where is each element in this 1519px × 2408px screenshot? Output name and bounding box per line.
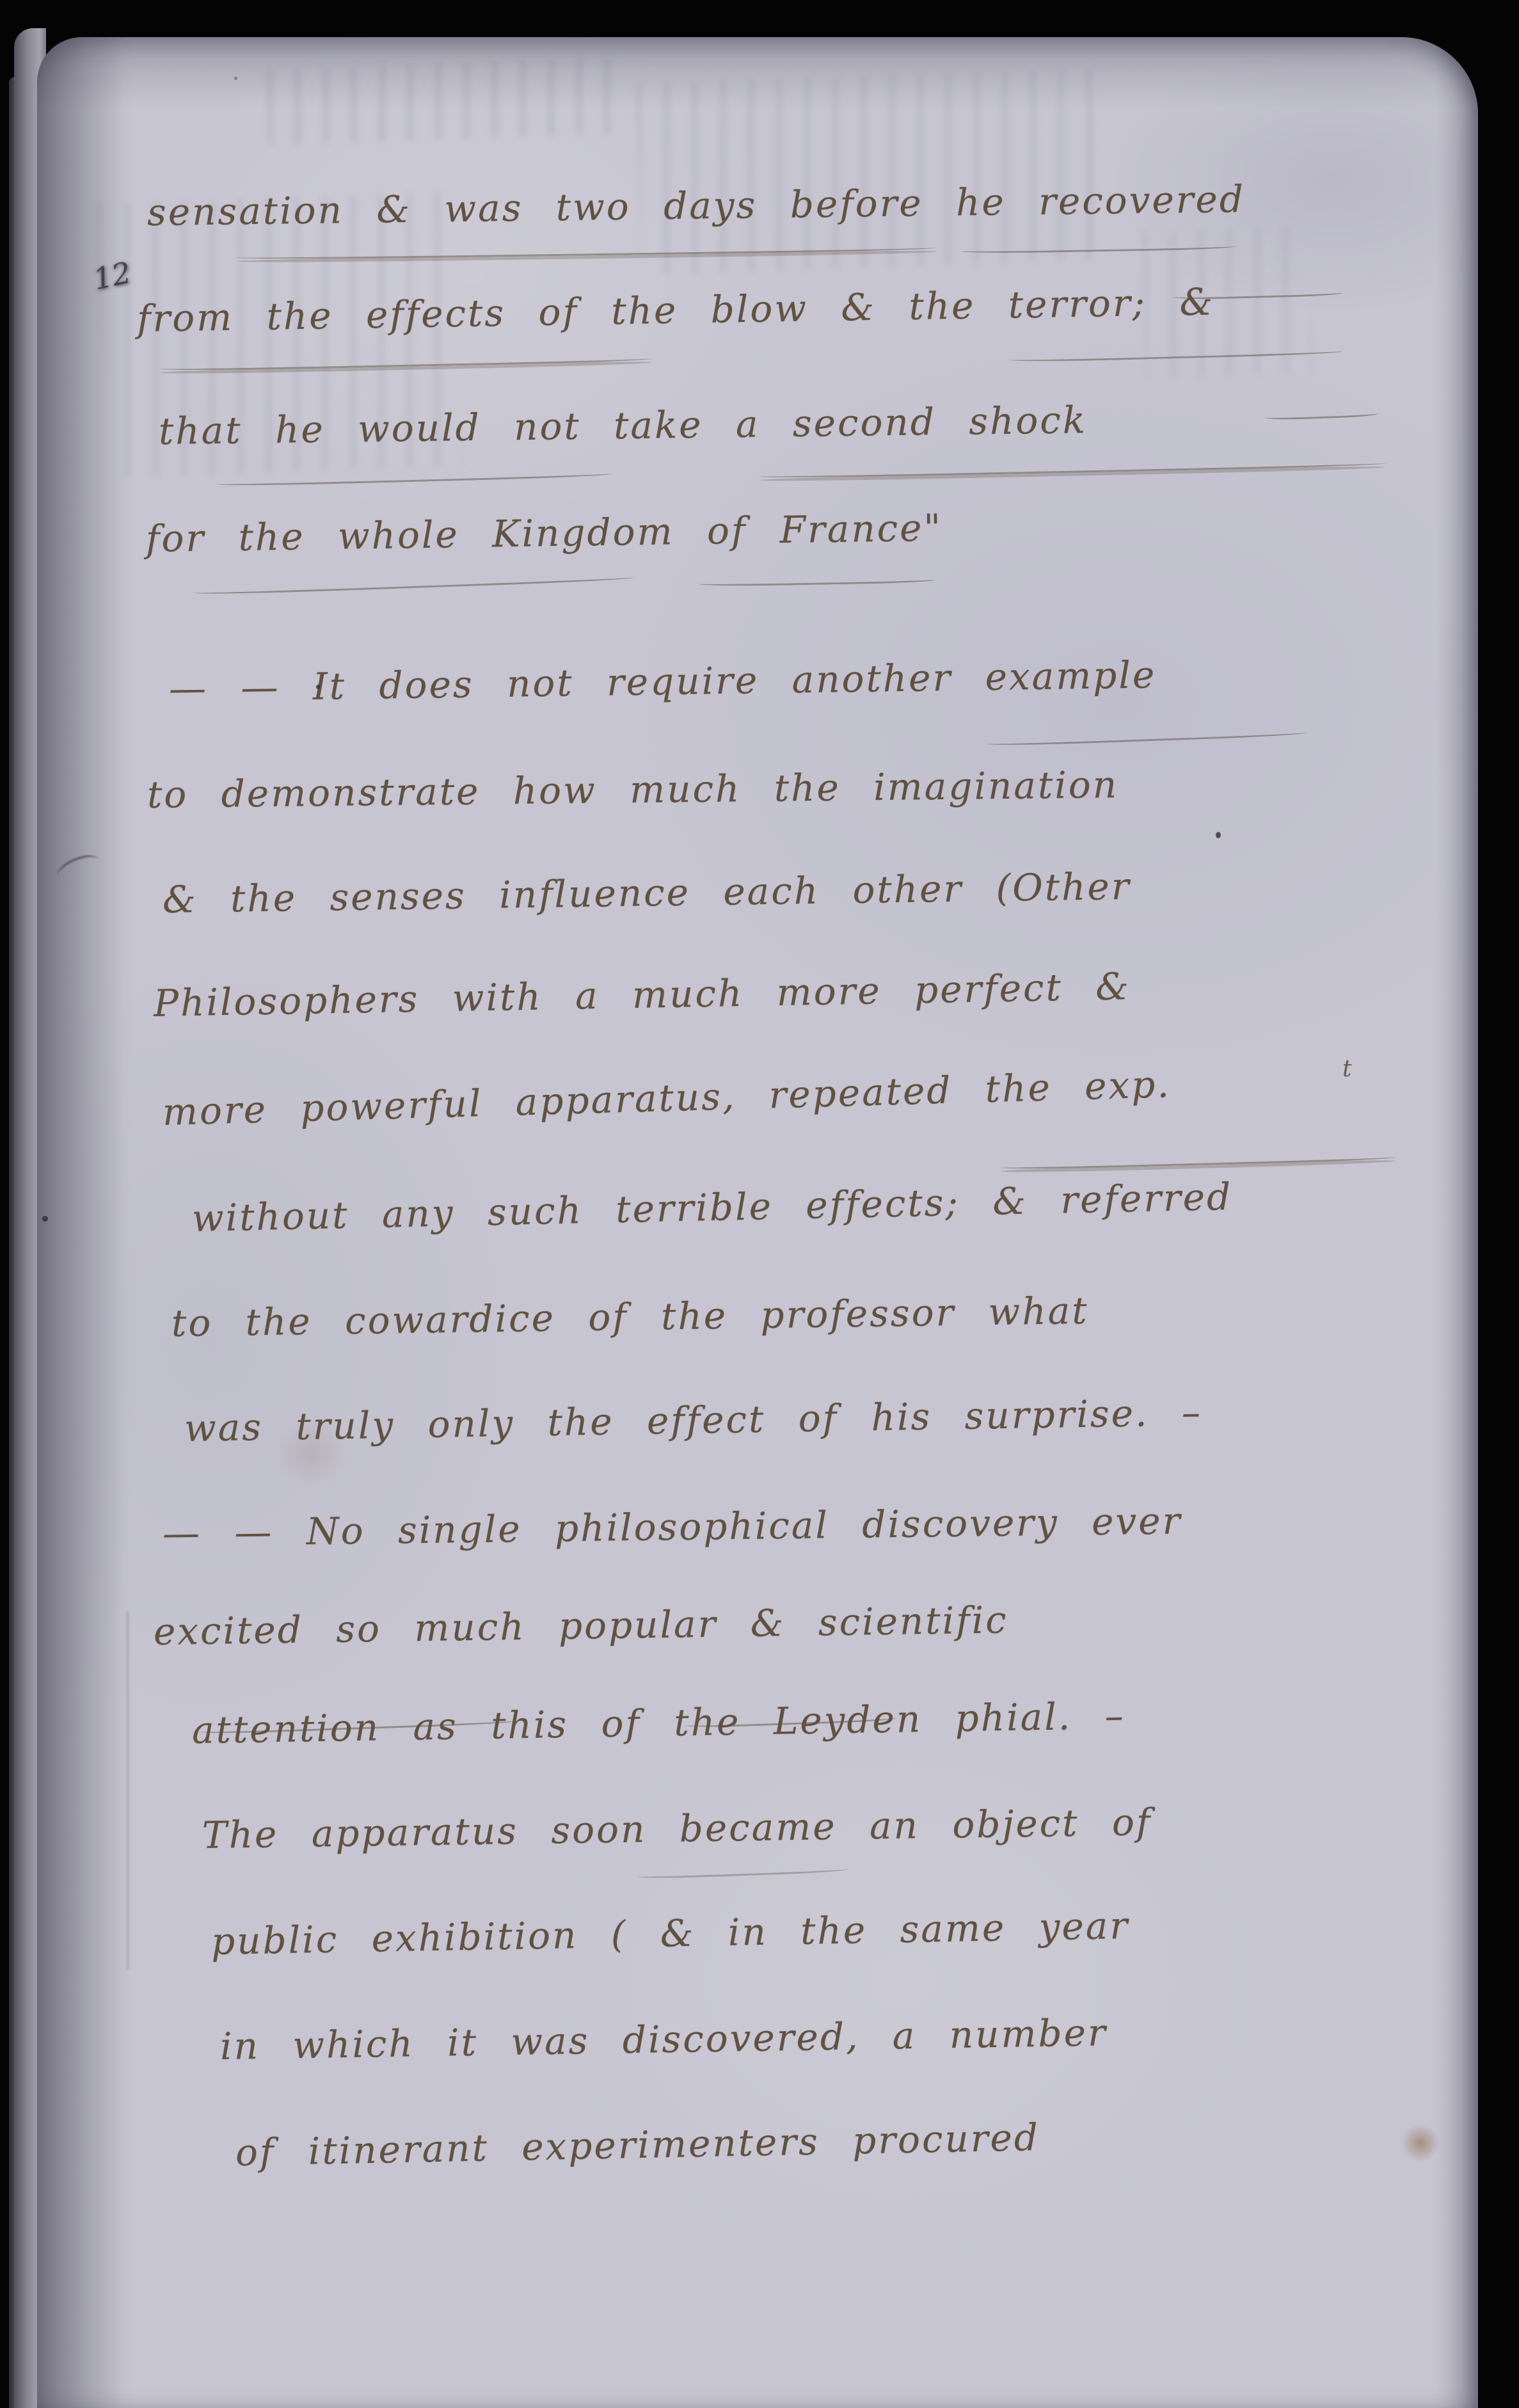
manuscript-line-6: to demonstrate how much the imagination	[147, 763, 1119, 817]
manuscript-line-17: public exhibition ( & in the same year	[211, 1904, 1129, 1963]
manuscript-line-14: excited so much popular & scientific	[154, 1598, 1009, 1654]
superscript-t: t	[1342, 1056, 1351, 1082]
manuscript-line-10: without any such terrible effects; & ref…	[191, 1175, 1232, 1240]
paper-stain	[1400, 2125, 1441, 2162]
pencil-underline	[1266, 411, 1378, 420]
manuscript-line-11: to the cowardice of the professor what	[171, 1289, 1089, 1345]
ink-bleedthrough	[266, 57, 614, 146]
ink-bleedthrough	[635, 68, 1102, 276]
pencil-underline	[987, 730, 1307, 747]
manuscript-line-16: The apparatus soon became an object of	[202, 1800, 1152, 1857]
manuscript-line-5: — — It does not require another example	[169, 653, 1157, 710]
ink-speck	[316, 685, 320, 689]
manuscript-line-7: & the senses influence each other (Other	[163, 865, 1131, 921]
paper-scratch	[127, 1611, 129, 1970]
manuscript-page: 12 sensation & was two days before he re…	[37, 37, 1478, 2408]
manuscript-line-19: of itinerant experimenters procured	[235, 2116, 1040, 2174]
manuscript-line-9: more powerful apparatus, repeated the ex…	[162, 1062, 1172, 1134]
manuscript-line-18: in which it was discovered, a number	[219, 2011, 1108, 2068]
manuscript-line-15: attention as this of the Leyden phial. –	[191, 1694, 1125, 1752]
ink-speck	[1216, 832, 1221, 838]
manuscript-line-8: Philosophers with a much more perfect &	[153, 964, 1131, 1025]
paper-smudge	[273, 1423, 349, 1484]
pencil-underline	[637, 1866, 848, 1879]
pencil-underline	[699, 577, 935, 587]
ink-speck	[42, 1216, 48, 1222]
manuscript-line-4: for the whole Kingdom of France"	[146, 506, 943, 561]
pencil-underline	[216, 471, 613, 487]
pencil-underline	[193, 575, 635, 596]
pencil-underline	[759, 460, 1386, 479]
ink-speck	[234, 77, 237, 80]
manuscript-photo: 12 sensation & was two days before he re…	[0, 0, 1519, 2408]
pencil-underline	[999, 1154, 1396, 1170]
manuscript-line-13: — — No single philosophical discovery ev…	[163, 1499, 1182, 1555]
